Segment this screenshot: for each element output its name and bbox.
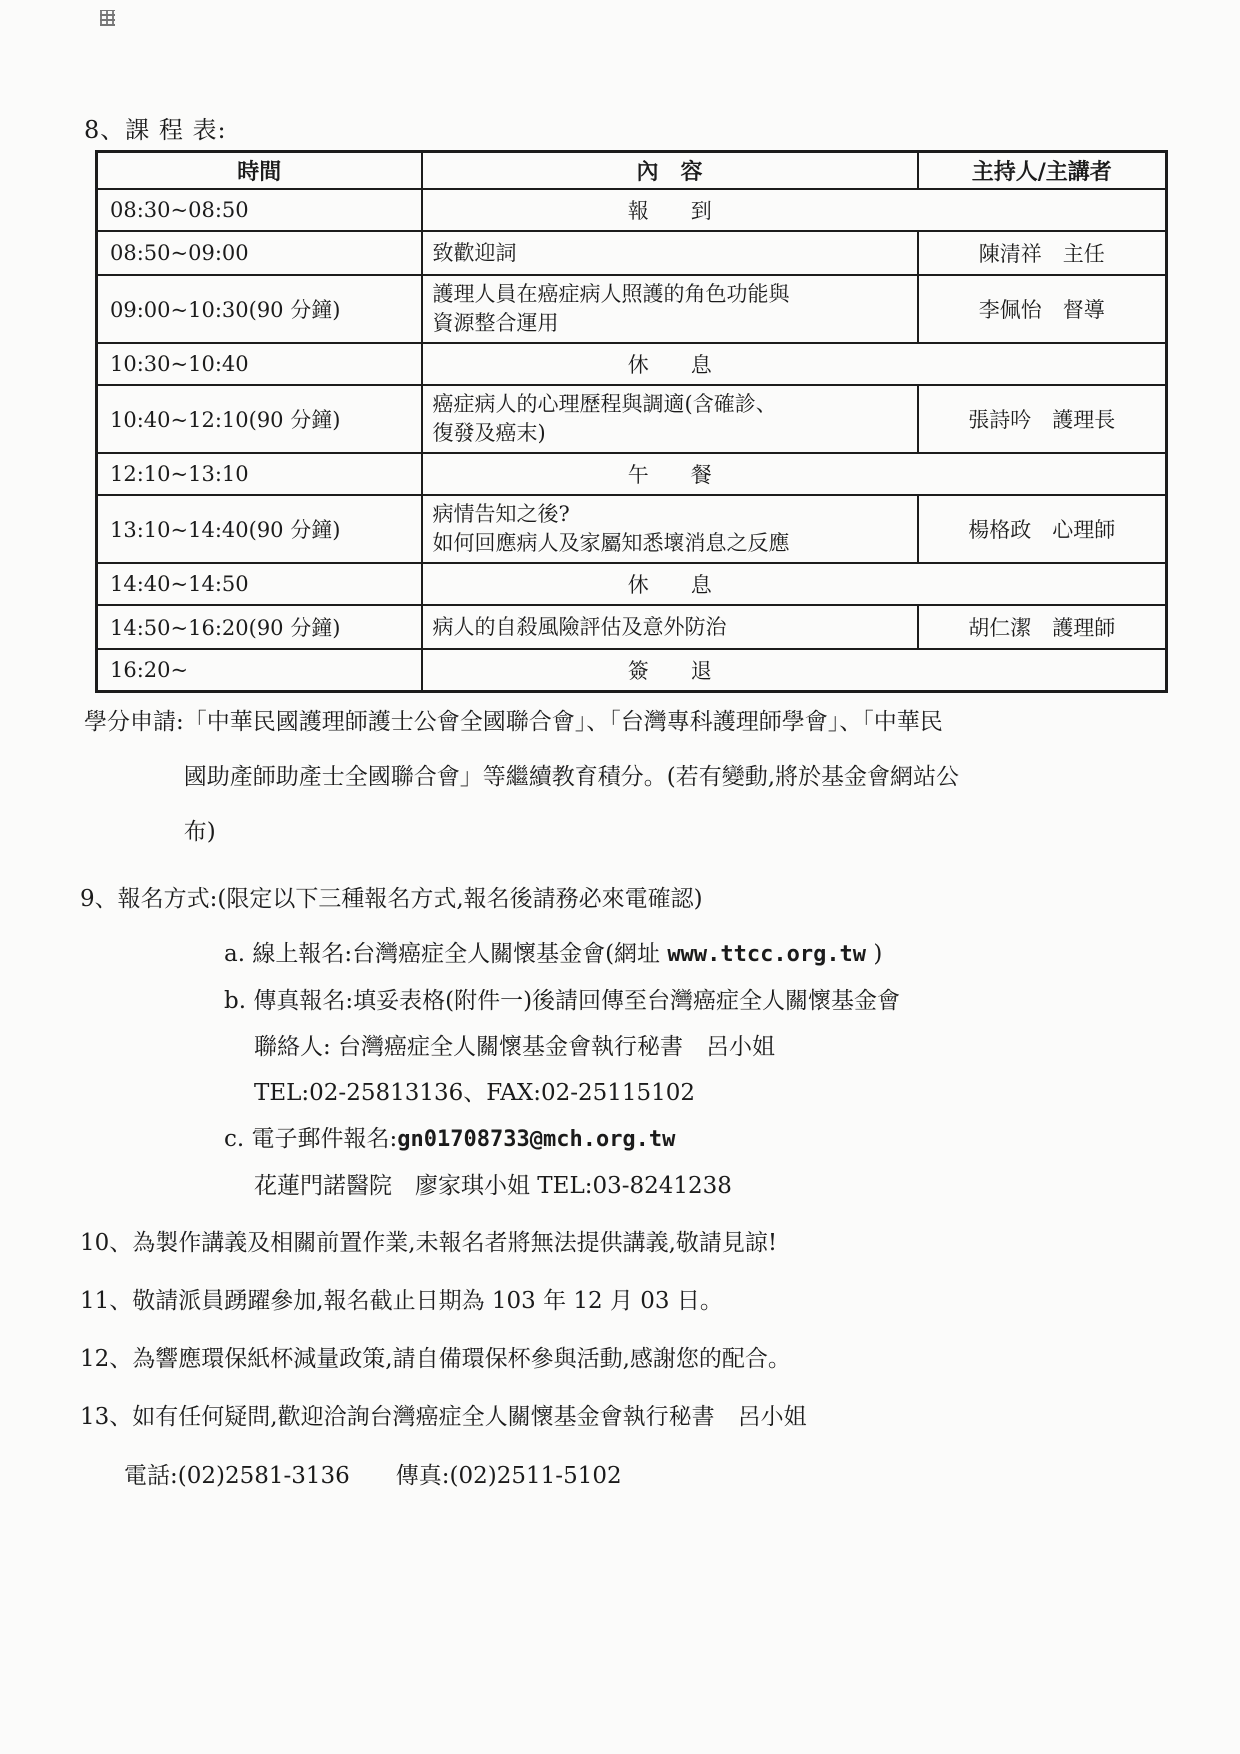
schedule-time-cell: 08:50~09:00: [97, 231, 422, 275]
column-header-content: 內 容: [422, 152, 918, 190]
credits-body: 「中華民國護理師護士公會全國聯合會」、「台灣專科護理師學會」、「中華民 國助產師…: [184, 695, 959, 860]
item-b-tel-fax-line: TEL:02-25813136、FAX:02-25115102: [254, 1070, 900, 1116]
registration-item-b: b. 傳真報名:填妥表格(附件一)後請回傳至台灣癌症全人關懷基金會: [224, 978, 900, 1024]
schedule-header-row: 時間 內 容 主持人/主講者: [97, 152, 1167, 190]
credits-paragraph: 學分申請: 「中華民國護理師護士公會全國聯合會」、「台灣專科護理師學會」、「中華…: [84, 695, 959, 860]
schedule-row: 08:50~09:00致歡迎詞陳清祥 主任: [97, 231, 1167, 275]
schedule-row: 10:40~12:10(90 分鐘)癌症病人的心理歷程與調適(含確診、 復發及癌…: [97, 385, 1167, 453]
schedule-time-cell: 14:50~16:20(90 分鐘): [97, 605, 422, 649]
note-12: 12、為響應環保紙杯減量政策,請自備環保杯參與活動,感謝您的配合。: [80, 1340, 791, 1373]
schedule-time-cell: 12:10~13:10: [97, 453, 422, 495]
schedule-content-cell: 護理人員在癌症病人照護的角色功能與 資源整合運用: [422, 275, 918, 343]
document-page: 8、課 程 表: 時間 內 容 主持人/主講者 08:30~08:50報 到08…: [0, 0, 1240, 1754]
schedule-row: 08:30~08:50報 到: [97, 189, 1167, 231]
schedule-speaker-cell: 李佩怡 督導: [918, 275, 1167, 343]
item-c-text: c. 電子郵件報名:: [224, 1126, 397, 1152]
item-c-hospital-line: 花蓮門諾醫院 廖家琪小姐 TEL:03-8241238: [254, 1163, 900, 1209]
scan-artifact: [100, 10, 115, 26]
schedule-time-cell: 13:10~14:40(90 分鐘): [97, 495, 422, 563]
schedule-table-body: 08:30~08:50報 到08:50~09:00致歡迎詞陳清祥 主任09:00…: [97, 189, 1167, 692]
column-header-time: 時間: [97, 152, 422, 190]
course-schedule-table: 時間 內 容 主持人/主講者 08:30~08:50報 到08:50~09:00…: [95, 150, 1168, 693]
registration-item-c: c. 電子郵件報名:gn01708733@mch.org.tw: [224, 1116, 900, 1163]
schedule-speaker-cell: 楊格政 心理師: [918, 495, 1167, 563]
schedule-time-cell: 16:20~: [97, 649, 422, 692]
schedule-row: 12:10~13:10午 餐: [97, 453, 1167, 495]
schedule-time-cell: 14:40~14:50: [97, 563, 422, 605]
schedule-row: 09:00~10:30(90 分鐘)護理人員在癌症病人照護的角色功能與 資源整合…: [97, 275, 1167, 343]
schedule-content-cell: 癌症病人的心理歷程與調適(含確診、 復發及癌末): [422, 385, 918, 453]
schedule-speaker-cell: 胡仁潔 護理師: [918, 605, 1167, 649]
schedule-time-cell: 08:30~08:50: [97, 189, 422, 231]
registration-methods-list: a. 線上報名:台灣癌症全人關懷基金會(網址 www.ttcc.org.tw )…: [224, 931, 900, 1209]
schedule-content-cell: 報 到: [422, 189, 1167, 231]
registration-email: gn01708733@mch.org.tw: [397, 1127, 675, 1152]
item-a-text: a. 線上報名:台灣癌症全人關懷基金會(網址: [224, 941, 667, 967]
schedule-content-cell: 病情告知之後? 如何回應病人及家屬知悉壞消息之反應: [422, 495, 918, 563]
schedule-content-cell: 簽 退: [422, 649, 1167, 692]
note-10: 10、為製作講義及相關前置作業,未報名者將無法提供講義,敬請見諒!: [80, 1224, 777, 1257]
section8-heading: 8、課 程 表:: [84, 110, 227, 145]
schedule-content-cell: 休 息: [422, 563, 1167, 605]
schedule-content-cell: 休 息: [422, 343, 1167, 385]
schedule-content-cell: 致歡迎詞: [422, 231, 918, 275]
note-13: 13、如有任何疑問,歡迎洽詢台灣癌症全人關懷基金會執行秘書 呂小姐: [80, 1398, 807, 1431]
schedule-time-cell: 09:00~10:30(90 分鐘): [97, 275, 422, 343]
schedule-row: 14:50~16:20(90 分鐘)病人的自殺風險評估及意外防治胡仁潔 護理師: [97, 605, 1167, 649]
item-b-contact-line: 聯絡人: 台灣癌症全人關懷基金會執行秘書 呂小姐: [254, 1024, 900, 1070]
schedule-row: 10:30~10:40休 息: [97, 343, 1167, 385]
note-11: 11、敬請派員踴躍參加,報名截止日期為 103 年 12 月 03 日。: [80, 1282, 723, 1315]
schedule-time-cell: 10:40~12:10(90 分鐘): [97, 385, 422, 453]
schedule-speaker-cell: 張詩吟 護理長: [918, 385, 1167, 453]
note-13-phone-fax-line: 電話:(02)2581-3136 傳真:(02)2511-5102: [124, 1457, 622, 1490]
schedule-speaker-cell: 陳清祥 主任: [918, 231, 1167, 275]
schedule-time-cell: 10:30~10:40: [97, 343, 422, 385]
schedule-row: 13:10~14:40(90 分鐘)病情告知之後? 如何回應病人及家屬知悉壞消息…: [97, 495, 1167, 563]
schedule-content-cell: 病人的自殺風險評估及意外防治: [422, 605, 918, 649]
credits-label: 學分申請:: [84, 695, 184, 750]
registration-website-url: www.ttcc.org.tw: [667, 942, 866, 967]
schedule-content-cell: 午 餐: [422, 453, 1167, 495]
section9-heading: 9、報名方式:(限定以下三種報名方式,報名後請務必來電確認): [80, 880, 703, 913]
registration-item-a: a. 線上報名:台灣癌症全人關懷基金會(網址 www.ttcc.org.tw ): [224, 931, 900, 978]
column-header-speaker: 主持人/主講者: [918, 152, 1167, 190]
item-a-suffix: ): [866, 941, 882, 967]
schedule-row: 16:20~簽 退: [97, 649, 1167, 692]
schedule-row: 14:40~14:50休 息: [97, 563, 1167, 605]
